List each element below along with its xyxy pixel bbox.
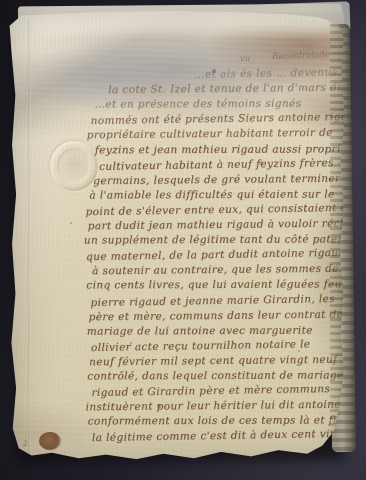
manuscript-line: part dudit jean mathieu rigaud à vouloir… xyxy=(88,217,366,232)
manuscript-line: à l'amiable les difficultés qui étaient … xyxy=(89,188,334,201)
faint-annotation-center: vu xyxy=(240,54,251,64)
manuscript-line: neuf février mil sept cent quatre vingt … xyxy=(89,354,337,369)
manuscript-line: cinq cents livres, que lui avaient légué… xyxy=(86,279,366,292)
manuscript-line: germains, lesquels de gré voulant termin… xyxy=(93,172,340,187)
manuscript-line: …et en présence des témoins signés xyxy=(94,98,301,111)
manuscript-line: la légitime comme c'est dit à deux cent … xyxy=(92,428,349,444)
manuscript-line: mariage de lui antoine avec marguerite xyxy=(87,324,313,337)
manuscript-line: un supplément de légitime tant du côté p… xyxy=(84,233,361,246)
manuscript-line: …et als és les … devenus du puy xyxy=(194,66,366,81)
manuscript-page: 2 vu Recontrolade …et als és les … deven… xyxy=(8,10,346,460)
manuscript-line: que maternel, de la part dudit antoine r… xyxy=(86,247,346,263)
faint-annotation-right: Recontrolade xyxy=(272,50,330,62)
manuscript-line: point de s'élever entre eux, qui consist… xyxy=(85,201,366,218)
manuscript-line: la cote St. Izel et tenue de l'an d'mars… xyxy=(108,81,366,96)
manuscript-text: …et als és les … devenus du puyla cote S… xyxy=(82,67,342,450)
ink-blot-stain xyxy=(39,432,61,450)
manuscript-line: contrôlé, dans lequel constituant de mar… xyxy=(87,369,363,382)
manuscript-line: propriétaire cultivateur habitant terroi… xyxy=(87,127,333,142)
manuscript-line: ollivier acte reçu tournilhon notaire le xyxy=(91,338,311,354)
manuscript-line: à soutenir au contraire, que les sommes … xyxy=(92,263,339,278)
paper-crease xyxy=(28,19,31,451)
manuscript-line: cultivateur habitant à neuf feyzins frèr… xyxy=(99,156,349,172)
photo-stage: 2 vu Recontrolade …et als és les … deven… xyxy=(0,0,366,480)
paper-specks xyxy=(8,10,10,12)
manuscript-line: instituèrent pour leur héritier lui dit … xyxy=(85,399,340,414)
margin-mark: 2 xyxy=(23,440,27,448)
manuscript-line: nommés ont été présents Sieurs antoine r… xyxy=(90,111,361,127)
manuscript-line: pierre rigaud et jeanne marie Girardin, … xyxy=(90,292,335,308)
manuscript-line: conformément aux lois de ces temps là et… xyxy=(88,414,366,427)
manuscript-line: rigaud et Girardin père et mère communs xyxy=(91,383,330,399)
manuscript-line: feyzins et jean mathieu rigaud aussi pro… xyxy=(95,143,366,156)
manuscript-line: père et mère, communs dans leur contrat … xyxy=(89,308,344,323)
